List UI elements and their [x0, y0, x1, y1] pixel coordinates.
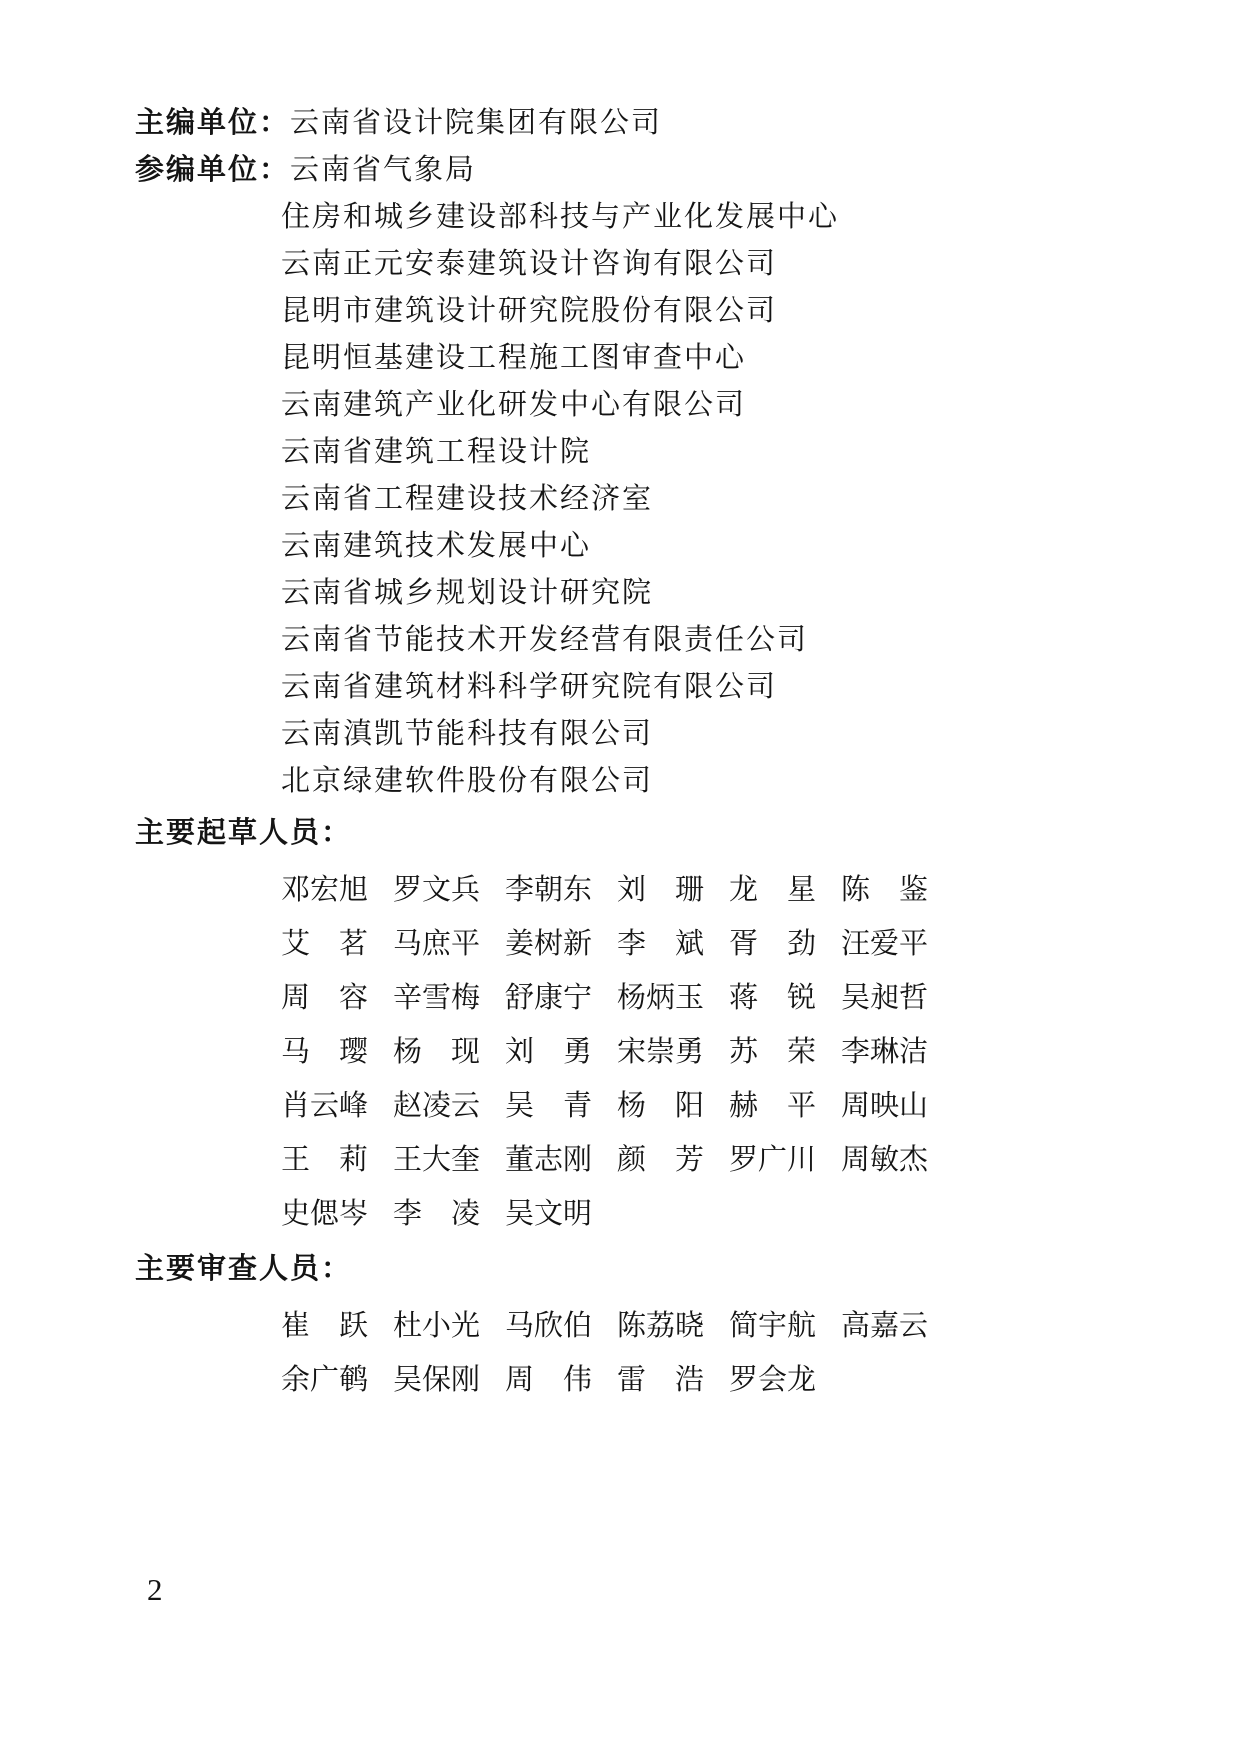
participating-unit: 云南正元安泰建筑设计咨询有限公司: [281, 241, 777, 288]
person-name: 邓宏旭: [281, 863, 368, 917]
person-name: 雷 浩: [617, 1353, 704, 1407]
person-name: 董志刚: [505, 1133, 592, 1187]
participating-unit: 云南省建筑材料科学研究院有限公司: [281, 664, 777, 711]
person-name: 罗文兵: [393, 863, 480, 917]
person-name: 吴文明: [505, 1187, 592, 1241]
participating-unit-line: 云南省建筑工程设计院: [135, 429, 1240, 476]
person-name: 崔 跃: [281, 1299, 368, 1353]
person-name: 赫 平: [729, 1079, 816, 1133]
participating-unit: 北京绿建软件股份有限公司: [281, 758, 653, 805]
participating-unit: 云南滇凯节能科技有限公司: [281, 711, 653, 758]
person-name: 杨 阳: [617, 1079, 704, 1133]
participating-unit: 住房和城乡建设部科技与产业化发展中心: [281, 194, 839, 241]
person-name: 李朝东: [505, 863, 592, 917]
person-name: 简宇航: [729, 1299, 816, 1353]
person-name: 舒康宁: [505, 971, 592, 1025]
participating-unit-line: 住房和城乡建设部科技与产业化发展中心: [135, 194, 1240, 241]
participating-unit: 云南省节能技术开发经营有限责任公司: [281, 617, 808, 664]
person-name: 杜小光: [393, 1299, 480, 1353]
person-name: 王 莉: [281, 1133, 368, 1187]
person-name: 陈荔晓: [617, 1299, 704, 1353]
document-page: 主编单位：云南省设计院集团有限公司 参编单位：云南省气象局 住房和城乡建设部科技…: [0, 0, 1240, 1754]
participating-unit-line: 昆明恒基建设工程施工图审查中心: [135, 335, 1240, 382]
page-number: 2: [147, 1572, 163, 1608]
participating-unit-line: 云南正元安泰建筑设计咨询有限公司: [135, 241, 1240, 288]
person-name: 余广鹌: [281, 1353, 368, 1407]
person-name: 刘 勇: [505, 1025, 592, 1079]
person-name: 赵凌云: [393, 1079, 480, 1133]
person-name: 周 伟: [505, 1353, 592, 1407]
name-row: 艾 茗马庶平姜树新李 斌胥 劲汪爱平: [281, 917, 1240, 971]
participating-unit: 昆明市建筑设计研究院股份有限公司: [281, 288, 777, 335]
person-name: 王大奎: [393, 1133, 480, 1187]
person-name: 宋崇勇: [617, 1025, 704, 1079]
participating-unit: 云南省工程建设技术经济室: [281, 476, 653, 523]
participating-unit-line: 云南省工程建设技术经济室: [135, 476, 1240, 523]
person-name: 艾 茗: [281, 917, 368, 971]
participating-unit-line: 云南省节能技术开发经营有限责任公司: [135, 617, 1240, 664]
person-name: 罗广川: [729, 1133, 816, 1187]
name-row: 王 莉王大奎董志刚颜 芳罗广川周敏杰: [281, 1133, 1240, 1187]
person-name: 汪爱平: [841, 917, 928, 971]
person-name: 胥 劲: [729, 917, 816, 971]
participating-unit: 云南建筑产业化研发中心有限公司: [281, 382, 746, 429]
person-name: 刘 珊: [617, 863, 704, 917]
person-name: 罗会龙: [729, 1353, 816, 1407]
person-name: 马 璎: [281, 1025, 368, 1079]
participating-unit-line: 云南建筑产业化研发中心有限公司: [135, 382, 1240, 429]
participating-unit: 云南省气象局: [290, 154, 476, 186]
participating-unit: 云南建筑技术发展中心: [281, 523, 591, 570]
person-name: 周 容: [281, 971, 368, 1025]
person-name: 杨 现: [393, 1025, 480, 1079]
name-row: 马 璎杨 现刘 勇宋崇勇苏 荣李琳洁: [281, 1025, 1240, 1079]
person-name: 姜树新: [505, 917, 592, 971]
person-name: 吴保刚: [393, 1353, 480, 1407]
name-row: 余广鹌吴保刚周 伟雷 浩罗会龙: [281, 1353, 1240, 1407]
participating-unit-line: 云南滇凯节能科技有限公司: [135, 711, 1240, 758]
person-name: 史偲岑: [281, 1187, 368, 1241]
participating-unit-line: 云南省城乡规划设计研究院: [135, 570, 1240, 617]
person-name: 杨炳玉: [617, 971, 704, 1025]
participating-units-list: 住房和城乡建设部科技与产业化发展中心云南正元安泰建筑设计咨询有限公司昆明市建筑设…: [135, 194, 1240, 805]
chief-editor-value: 云南省设计院集团有限公司: [290, 107, 662, 139]
reviewers-name-grid: 崔 跃杜小光马欣伯陈荔晓简宇航高嘉云余广鹌吴保刚周 伟雷 浩罗会龙: [281, 1299, 1240, 1407]
person-name: 蒋 锐: [729, 971, 816, 1025]
participating-first-line: 参编单位：云南省气象局: [135, 147, 1240, 194]
name-row: 史偲岑李 凌吴文明: [281, 1187, 1240, 1241]
participating-unit-line: 云南建筑技术发展中心: [135, 523, 1240, 570]
person-name: 龙 星: [729, 863, 816, 917]
person-name: 李 斌: [617, 917, 704, 971]
name-row: 肖云峰赵凌云吴 青杨 阳赫 平周映山: [281, 1079, 1240, 1133]
person-name: 周映山: [841, 1079, 928, 1133]
person-name: 肖云峰: [281, 1079, 368, 1133]
person-name: 李 凌: [393, 1187, 480, 1241]
participating-label: 参编单位：: [135, 154, 290, 186]
person-name: 马欣伯: [505, 1299, 592, 1353]
drafters-name-grid: 邓宏旭罗文兵李朝东刘 珊龙 星陈 鉴艾 茗马庶平姜树新李 斌胥 劲汪爱平周 容辛…: [281, 863, 1240, 1241]
person-name: 李琳洁: [841, 1025, 928, 1079]
person-name: 吴昶哲: [841, 971, 928, 1025]
person-name: 高嘉云: [841, 1299, 928, 1353]
name-row: 邓宏旭罗文兵李朝东刘 珊龙 星陈 鉴: [281, 863, 1240, 917]
chief-editor-label: 主编单位：: [135, 107, 290, 139]
person-name: 吴 青: [505, 1079, 592, 1133]
participating-unit: 云南省建筑工程设计院: [281, 429, 591, 476]
participating-unit: 云南省城乡规划设计研究院: [281, 570, 653, 617]
reviewers-heading: 主要审查人员：: [135, 1245, 1240, 1293]
participating-unit-line: 云南省建筑材料科学研究院有限公司: [135, 664, 1240, 711]
person-name: 颜 芳: [617, 1133, 704, 1187]
participating-unit-line: 昆明市建筑设计研究院股份有限公司: [135, 288, 1240, 335]
participating-unit: 昆明恒基建设工程施工图审查中心: [281, 335, 746, 382]
drafters-heading: 主要起草人员：: [135, 809, 1240, 857]
chief-editor-line: 主编单位：云南省设计院集团有限公司: [135, 100, 1240, 147]
name-row: 崔 跃杜小光马欣伯陈荔晓简宇航高嘉云: [281, 1299, 1240, 1353]
person-name: 马庶平: [393, 917, 480, 971]
participating-unit-line: 北京绿建软件股份有限公司: [135, 758, 1240, 805]
person-name: 陈 鉴: [841, 863, 928, 917]
name-row: 周 容辛雪梅舒康宁杨炳玉蒋 锐吴昶哲: [281, 971, 1240, 1025]
person-name: 苏 荣: [729, 1025, 816, 1079]
person-name: 周敏杰: [841, 1133, 928, 1187]
person-name: 辛雪梅: [393, 971, 480, 1025]
